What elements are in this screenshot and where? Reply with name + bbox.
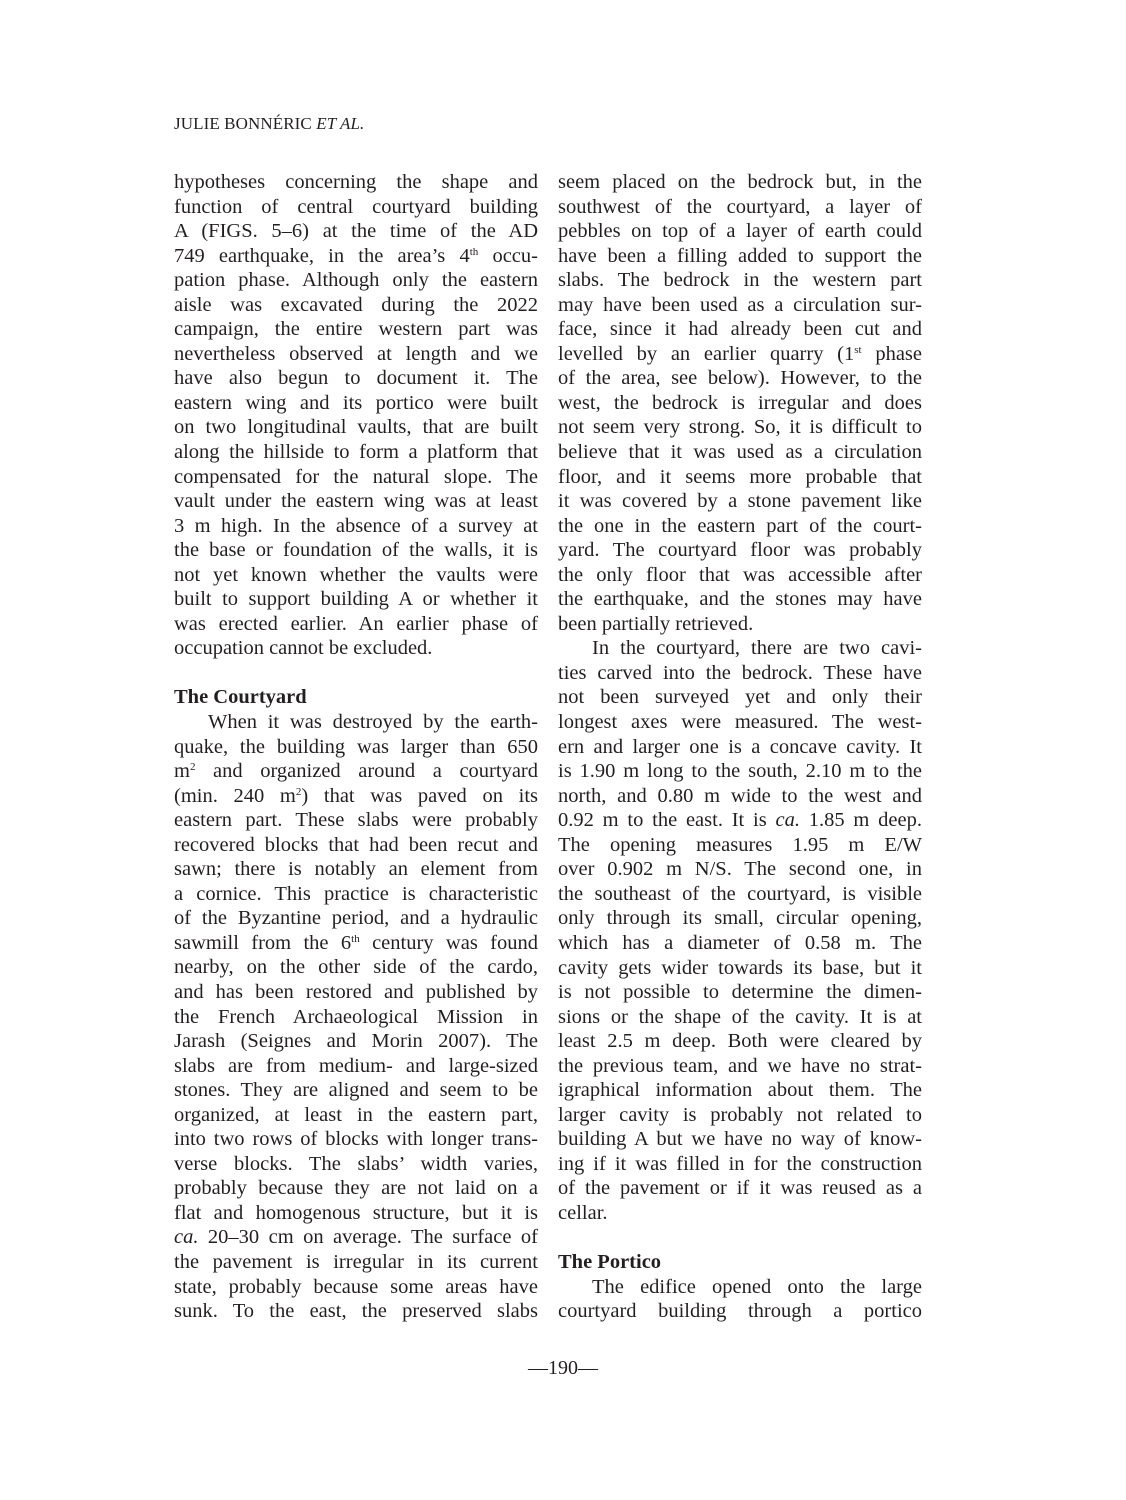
paragraph-building-a-hypotheses: hypotheses concerning the shape andfunct… [174,170,538,661]
text-line: the only floor that was accessible after [558,563,922,588]
text-line: believe that it was used as a circulatio… [558,440,922,465]
text-line: west, the bedrock is irregular and does [558,391,922,416]
text-line: face, since it had already been cut and [558,317,922,342]
text-line: only through its small, circular opening… [558,906,922,931]
italic-abbreviation: ca. [174,1226,198,1248]
text-line: The opening measures 1.95 m E/W [558,833,922,858]
text-line: yard. The courtyard floor was probably [558,538,922,563]
text-line: seem placed on the bedrock but, in the [558,170,922,195]
text-line: which has a diameter of 0.58 m. The [558,931,922,956]
text-line: the earthquake, and the stones may have [558,587,922,612]
text-line: vault under the eastern wing was at leas… [174,489,538,514]
text-line: recovered blocks that had been recut and [174,833,538,858]
text-line: sawmill from the 6th century was found [174,931,538,956]
text-line: have also begun to document it. The [174,366,538,391]
text-line: sions or the shape of the cavity. It is … [558,1005,922,1030]
heading-the-portico: The Portico [558,1250,922,1275]
text-line: on two longitudinal vaults, that are bui… [174,415,538,440]
text-line: ties carved into the bedrock. These have [558,661,922,686]
text-line: courtyard building through a portico [558,1299,922,1324]
text-line: the previous team, and we have no strat- [558,1054,922,1079]
text-line: state, probably because some areas have [174,1275,538,1300]
text-line: slabs are from medium- and large-sized [174,1054,538,1079]
text-line: sunk. To the east, the preserved slabs [174,1299,538,1324]
italic-abbreviation: ca. [776,809,800,831]
text-line: organized, at least in the eastern part, [174,1103,538,1128]
text-line: 0.92 m to the east. It is ca. 1.85 m dee… [558,808,922,833]
text-line: The edifice opened onto the large [558,1275,922,1300]
text-line: north, and 0.80 m wide to the west and [558,784,922,809]
text-line: southwest of the courtyard, a layer of [558,195,922,220]
superscript: th [470,246,479,258]
text-line: aisle was excavated during the 2022 [174,293,538,318]
text-line: 3 m high. In the absence of a survey at [174,514,538,539]
text-line: eastern part. These slabs were probably [174,808,538,833]
text-line: pation phase. Although only the eastern [174,268,538,293]
text-line: of the Byzantine period, and a hydraulic [174,906,538,931]
paragraph-cavities: In the courtyard, there are two cavi-tie… [558,636,922,1225]
left-column: hypotheses concerning the shape andfunct… [174,170,538,1324]
text-line: is not possible to determine the dimen- [558,980,922,1005]
text-line: the base or foundation of the walls, it … [174,538,538,563]
text-line: have been a filling added to support the [558,244,922,269]
superscript: st [854,344,861,356]
text-line: cellar. [558,1201,922,1226]
text-line: stones. They are aligned and seem to be [174,1078,538,1103]
text-line: igraphical information about them. The [558,1078,922,1103]
running-head-etal: ET AL. [316,114,364,133]
text-line: flat and homogenous structure, but it is [174,1201,538,1226]
text-line: (min. 240 m2) that was paved on its [174,784,538,809]
superscript: 2 [296,786,302,798]
paragraph-portico: The edifice opened onto the largecourtya… [558,1275,922,1324]
superscript: 2 [190,761,196,773]
text-line: sawn; there is notably an element from [174,857,538,882]
text-line: the one in the eastern part of the court… [558,514,922,539]
text-line: slabs. The bedrock in the western part [558,268,922,293]
text-line: into two rows of blocks with longer tran… [174,1127,538,1152]
text-line: the southeast of the courtyard, is visib… [558,882,922,907]
text-line: not seem very strong. So, it is difficul… [558,415,922,440]
text-line: ern and larger one is a concave cavity. … [558,735,922,760]
text-line: was erected earlier. An earlier phase of [174,612,538,637]
text-line: pebbles on top of a layer of earth could [558,219,922,244]
text-line: of the area, see below). However, to the [558,366,922,391]
text-line: campaign, the entire western part was [174,317,538,342]
text-line: a cornice. This practice is characterist… [174,882,538,907]
text-line: nearby, on the other side of the cardo, [174,955,538,980]
heading-the-courtyard: The Courtyard [174,685,538,710]
text-line: occupation cannot be excluded. [174,636,538,661]
text-line: When it was destroyed by the earth- [174,710,538,735]
superscript: th [351,933,360,945]
text-line: larger cavity is probably not related to [558,1103,922,1128]
running-head: JULIE BONNÉRIC ET AL. [174,114,364,134]
text-line: floor, and it seems more probable that [558,465,922,490]
text-line: least 2.5 m deep. Both were cleared by [558,1029,922,1054]
paragraph-courtyard-description: When it was destroyed by the earth-quake… [174,710,538,1324]
text-line: levelled by an earlier quarry (1st phase [558,342,922,367]
text-line: hypotheses concerning the shape and [174,170,538,195]
text-line: not been surveyed yet and only their [558,685,922,710]
running-head-author: JULIE BONNÉRIC [174,114,312,133]
right-column: seem placed on the bedrock but, in theso… [558,170,922,1324]
text-line: probably because they are not laid on a [174,1176,538,1201]
text-line: the French Archaeological Mission in [174,1005,538,1030]
page-number: —190— [0,1357,1126,1380]
text-line: function of central courtyard building [174,195,538,220]
paragraph-bedrock-and-floor: seem placed on the bedrock but, in theso… [558,170,922,636]
text-line: the pavement is irregular in its current [174,1250,538,1275]
text-line: may have been used as a circulation sur- [558,293,922,318]
text-line: it was covered by a stone pavement like [558,489,922,514]
text-line: been partially retrieved. [558,612,922,637]
text-line: compensated for the natural slope. The [174,465,538,490]
text-line: of the pavement or if it was reused as a [558,1176,922,1201]
text-line: not yet known whether the vaults were [174,563,538,588]
text-line: cavity gets wider towards its base, but … [558,956,922,981]
text-line: longest axes were measured. The west- [558,710,922,735]
text-line: building A but we have no way of know- [558,1127,922,1152]
text-line: A (FIGS. 5–6) at the time of the AD [174,219,538,244]
text-line: In the courtyard, there are two cavi- [558,636,922,661]
text-line: and has been restored and published by [174,980,538,1005]
text-line: is 1.90 m long to the south, 2.10 m to t… [558,759,922,784]
text-line: Jarash (Seignes and Morin 2007). The [174,1029,538,1054]
text-line: quake, the building was larger than 650 [174,735,538,760]
text-line: 749 earthquake, in the area’s 4th occu- [174,244,538,269]
text-line: built to support building A or whether i… [174,587,538,612]
text-line: eastern wing and its portico were built [174,391,538,416]
text-line: m2 and organized around a courtyard [174,759,538,784]
text-line: verse blocks. The slabs’ width varies, [174,1152,538,1177]
text-line: ing if it was filled in for the construc… [558,1152,922,1177]
text-line: along the hillside to form a platform th… [174,440,538,465]
text-line: over 0.902 m N/S. The second one, in [558,857,922,882]
text-line: nevertheless observed at length and we [174,342,538,367]
text-line: ca. 20–30 cm on average. The surface of [174,1225,538,1250]
